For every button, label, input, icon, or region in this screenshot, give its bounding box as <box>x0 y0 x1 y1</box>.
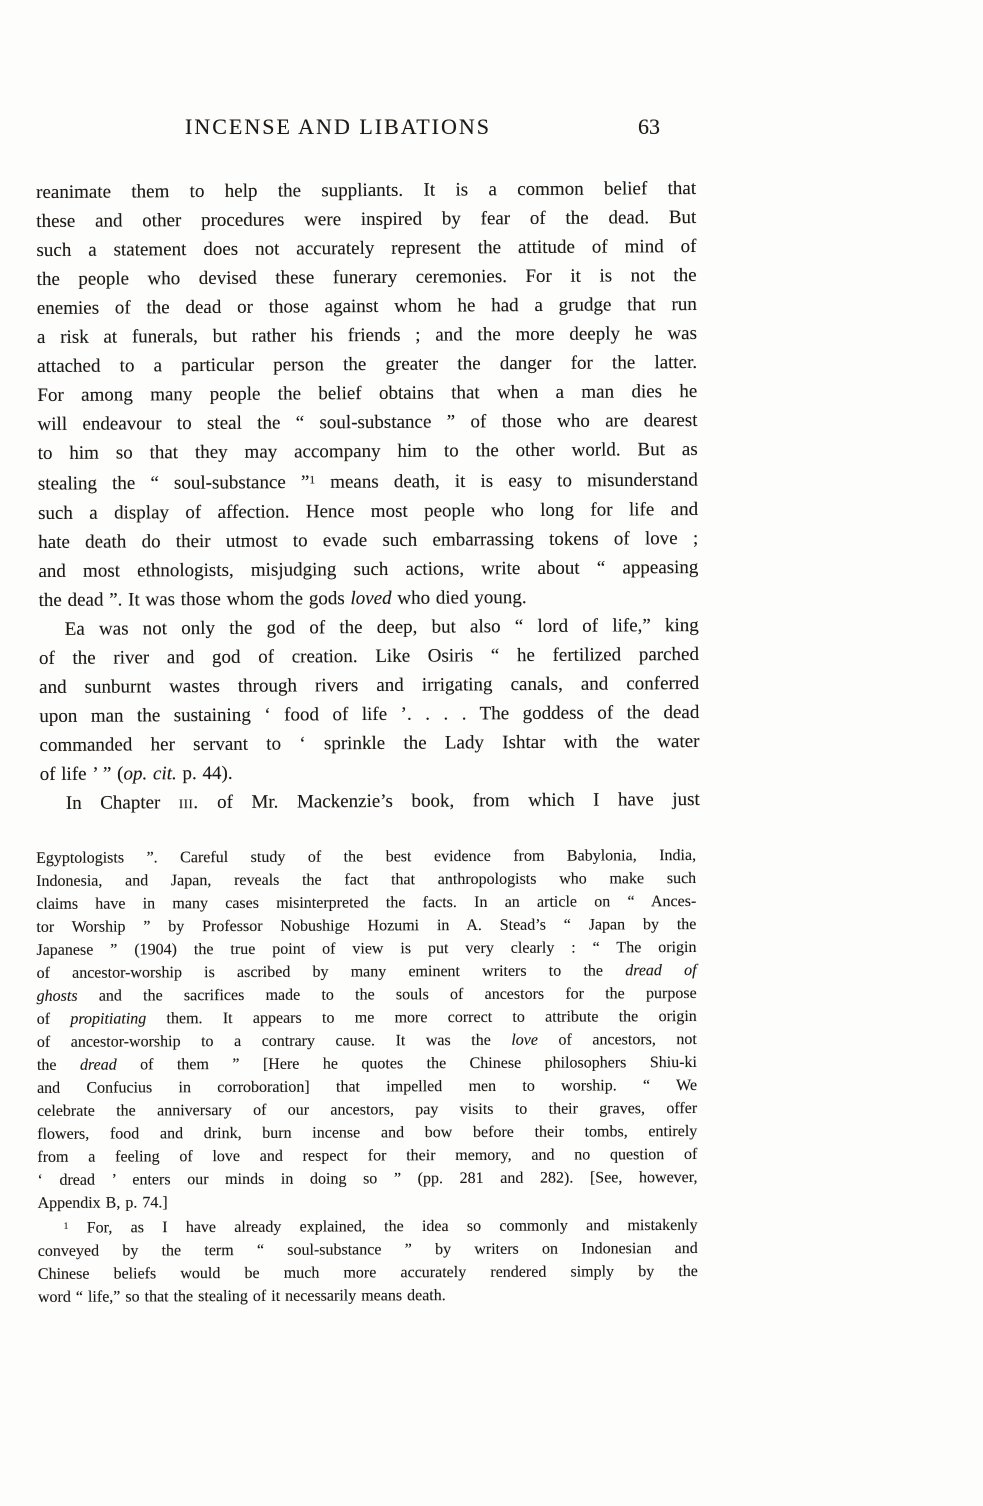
page-number: 63 <box>638 114 660 140</box>
footnote-1: 1 For, as I have already explained, the … <box>38 1212 698 1309</box>
text-line: a risk at funerals, but rather his frien… <box>37 319 697 352</box>
text-line: reanimate them to help the suppliants. I… <box>36 174 696 207</box>
text-line: of the river and god of creation. Like O… <box>39 640 699 673</box>
text-line: flowers, food and drink, burn incense an… <box>37 1120 697 1146</box>
text-line: enemies of the dead or those against who… <box>37 290 697 323</box>
text-line: In Chapter iii. of Mr. Mackenzie’s book,… <box>40 785 700 818</box>
text-line: Appendix B, p. 74.] <box>38 1189 698 1215</box>
text-line: such a statement does not accurately rep… <box>36 232 696 265</box>
text-line: Japanese ” (1904) the true point of view… <box>36 936 696 962</box>
text-line: claims have in many cases misinterpreted… <box>36 890 696 916</box>
text-line: attached to a particular person the grea… <box>37 348 697 381</box>
text-line: Egyptologists ”. Careful study of the be… <box>36 844 696 870</box>
text-line: hate death do their utmost to evade such… <box>38 524 698 557</box>
text-line: ghosts and the sacrifices made to the so… <box>37 982 697 1008</box>
paragraph-1: reanimate them to help the suppliants. I… <box>36 174 699 615</box>
footnote-continuation: Egyptologists ”. Careful study of the be… <box>36 844 698 1215</box>
text-line: the dead ”. It was those whom the gods l… <box>39 582 699 615</box>
text-line: Indonesia, and Japan, reveals the fact t… <box>36 867 696 893</box>
text-line: of ancestor-worship is ascribed by many … <box>37 959 697 985</box>
text-line: from a feeling of love and respect for t… <box>37 1143 697 1169</box>
main-text: reanimate them to help the suppliants. I… <box>36 174 700 818</box>
text-line: of propitiating them. It appears to me m… <box>37 1005 697 1031</box>
text-line: conveyed by the term “ soul-substance ” … <box>38 1236 698 1262</box>
page-header: INCENSE AND LIBATIONS 63 <box>36 114 696 144</box>
text-line: ‘ dread ’ enters our minds in doing so ”… <box>37 1166 697 1192</box>
text-line: For among many people the belief obtains… <box>37 377 697 410</box>
text-line: of life ’ ” (op. cit. p. 44). <box>40 756 700 789</box>
text-line: Ea was not only the god of the deep, but… <box>39 611 699 644</box>
text-line: commanded her servant to ‘ sprinkle the … <box>39 727 699 760</box>
text-line: will endeavour to steal the “ soul-subst… <box>37 406 697 439</box>
text-line: tor Worship ” by Professor Nobushige Hoz… <box>36 913 696 939</box>
text-line: to him so that they may accompany him to… <box>38 435 698 468</box>
text-line: stealing the “ soul-substance ”1 means d… <box>38 464 698 499</box>
text-line: and sunburnt wastes through rivers and i… <box>39 669 699 702</box>
paragraph-3: In Chapter iii. of Mr. Mackenzie’s book,… <box>40 785 700 818</box>
book-page: INCENSE AND LIBATIONS 63 reanimate them … <box>0 0 983 1506</box>
text-line: of ancestor-worship to a contrary cause.… <box>37 1028 697 1054</box>
text-line: and most ethnologists, misjudging such a… <box>38 553 698 586</box>
paragraph-2: Ea was not only the god of the deep, but… <box>39 611 700 789</box>
text-line: the dread of them ” [Here he quotes the … <box>37 1051 697 1077</box>
text-line: Chinese beliefs would be much more accur… <box>38 1259 698 1285</box>
footnotes: Egyptologists ”. Careful study of the be… <box>36 844 698 1309</box>
text-line: upon man the sustaining ‘ food of life ’… <box>39 698 699 731</box>
text-column: INCENSE AND LIBATIONS 63 reanimate them … <box>36 114 696 1305</box>
text-line: word “ life,” so that the stealing of it… <box>38 1282 698 1308</box>
text-line: these and other procedures were inspired… <box>36 203 696 236</box>
running-title: INCENSE AND LIBATIONS <box>36 114 640 140</box>
text-line: the people who devised these funerary ce… <box>37 261 697 294</box>
text-line: 1 For, as I have already explained, the … <box>38 1212 698 1240</box>
text-line: celebrate the anniversary of our ancesto… <box>37 1097 697 1123</box>
text-line: such a display of affection. Hence most … <box>38 495 698 528</box>
text-line: and Confucius in corroboration] that imp… <box>37 1074 697 1100</box>
